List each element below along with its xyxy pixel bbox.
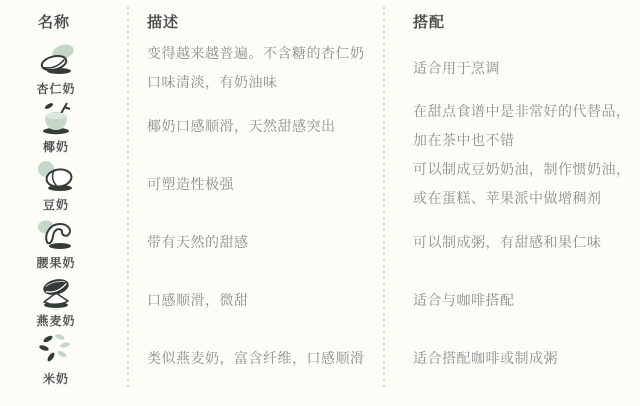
table-row-name: 杏仁奶 xyxy=(0,40,112,98)
rice-milk-icon xyxy=(34,332,78,368)
milk-name: 燕麦奶 xyxy=(36,312,75,329)
milk-name: 腰果奶 xyxy=(36,254,75,271)
column-header-description: 描述 xyxy=(128,0,384,40)
milk-description: 带有天然的甜感 xyxy=(128,214,384,272)
table-row-name: 豆奶 xyxy=(0,156,112,214)
milk-description: 椰奶口感顺滑，天然甜感突出 xyxy=(128,98,384,156)
coconut-milk-icon xyxy=(34,100,78,136)
table-row-name: 椰奶 xyxy=(0,98,112,156)
milk-pairing: 可以制成粥，有甜感和果仁味 xyxy=(384,214,640,272)
milk-name: 米奶 xyxy=(43,370,69,387)
table: 名称 描述 搭配 杏仁奶 变得越来越普遍。不含糖的杏仁奶口味清淡，有奶油味 适合… xyxy=(0,0,640,388)
milk-pairing: 在甜点食谱中是非常好的代替品，加在茶中也不错 xyxy=(384,98,640,156)
column-header-name: 名称 xyxy=(0,0,128,40)
milk-description: 变得越来越普遍。不含糖的杏仁奶口味清淡，有奶油味 xyxy=(128,40,384,98)
milk-name: 豆奶 xyxy=(43,196,69,213)
table-row-name: 米奶 xyxy=(0,330,112,388)
oat-milk-icon xyxy=(34,274,78,310)
milk-description: 类似燕麦奶，富含纤维，口感顺滑 xyxy=(128,330,384,388)
table-row-name: 燕麦奶 xyxy=(0,272,112,330)
milk-description: 口感顺滑，微甜 xyxy=(128,272,384,330)
cashew-milk-icon xyxy=(34,216,78,252)
almond-milk-icon xyxy=(34,42,78,78)
milk-description: 可塑造性极强 xyxy=(128,156,384,214)
milk-pairing: 适合用于烹调 xyxy=(384,40,640,98)
plant-milk-comparison-table: 名称 描述 搭配 杏仁奶 变得越来越普遍。不含糖的杏仁奶口味清淡，有奶油味 适合… xyxy=(0,0,640,406)
soy-milk-icon xyxy=(34,158,78,194)
milk-pairing: 可以制成豆奶奶油，制作惯奶油，或在蛋糕、苹果派中做增稠剂 xyxy=(384,156,640,214)
milk-pairing: 适合与咖啡搭配 xyxy=(384,272,640,330)
milk-name: 椰奶 xyxy=(43,138,69,155)
column-header-pairing: 搭配 xyxy=(384,0,640,40)
milk-pairing: 适合搭配咖啡或制成粥 xyxy=(384,330,640,388)
milk-name: 杏仁奶 xyxy=(36,80,75,97)
table-row-name: 腰果奶 xyxy=(0,214,112,272)
